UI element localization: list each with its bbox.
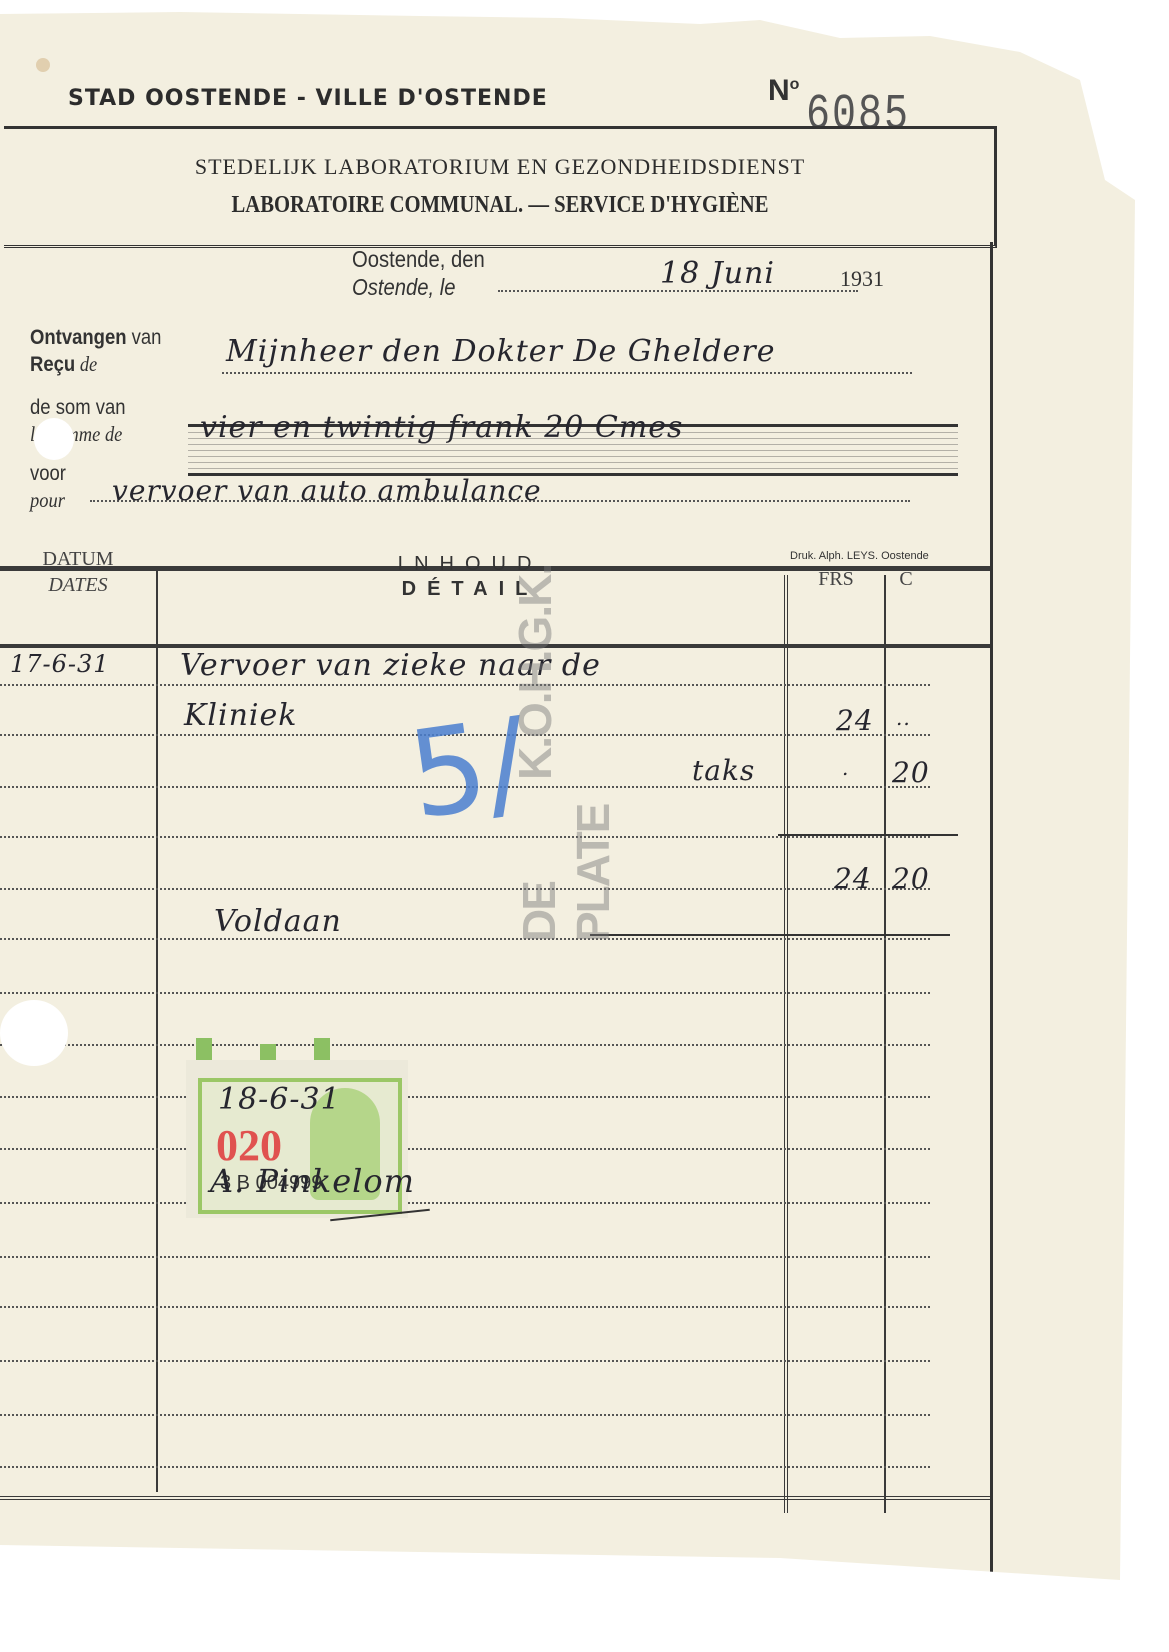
row-line bbox=[0, 1148, 930, 1150]
watermark-de-plate: DE PLATE bbox=[512, 830, 620, 942]
date-year: 1931 bbox=[840, 266, 884, 292]
paper-stain bbox=[36, 58, 50, 72]
row-line bbox=[0, 938, 930, 940]
row-2-detail: Kliniek bbox=[184, 698, 297, 733]
printer-imprint: Druk. Alph. LEYS. Oostende bbox=[790, 550, 929, 562]
column-header-detail-nl: INHOUD bbox=[160, 553, 780, 576]
received-from-value: Mijnheer den Dokter De Gheldere bbox=[226, 334, 775, 369]
received-dotted-line bbox=[222, 372, 912, 374]
date-label-fr: Ostende, le bbox=[352, 274, 456, 301]
received-label-fr: Reçu de bbox=[30, 352, 97, 377]
punch-hole-top bbox=[34, 418, 74, 460]
punch-hole-bottom bbox=[0, 1000, 68, 1066]
row-2-francs: 24 bbox=[836, 704, 874, 737]
stamp-tab bbox=[260, 1044, 276, 1060]
row-1-date: 17-6-31 bbox=[10, 650, 110, 678]
row-line bbox=[0, 1044, 930, 1046]
purpose-value: vervoer van auto ambulance bbox=[112, 474, 542, 507]
row-3-francs: . bbox=[842, 756, 849, 780]
date-day-month: 18 Juni bbox=[660, 256, 775, 291]
department-name-nl: STEDELIJK LABORATORIUM EN GEZONDHEIDSDIE… bbox=[0, 154, 1000, 180]
row-line bbox=[0, 888, 930, 890]
sum-value: vier en twintig frank 20 Cmes bbox=[200, 410, 683, 445]
row-line bbox=[0, 1414, 930, 1416]
column-header-francs: FRS bbox=[788, 568, 884, 591]
purpose-label-fr: pour bbox=[30, 488, 65, 513]
receipt-paper: STAD OOSTENDE - VILLE D'OSTENDE No 6085 … bbox=[0, 0, 1169, 1652]
signature: A. Pinkelom bbox=[210, 1162, 415, 1200]
total-cents: 20 bbox=[892, 862, 930, 895]
row-2-cents: .. bbox=[896, 706, 911, 730]
row-line bbox=[0, 1466, 930, 1468]
column-header-detail-fr: DÉTAIL bbox=[160, 578, 780, 601]
total-rule bbox=[590, 934, 950, 936]
column-header-cents: C bbox=[886, 568, 926, 591]
date-column-divider bbox=[156, 570, 158, 1492]
row-line bbox=[0, 1096, 930, 1098]
stamp-cancel-date: 18-6-31 bbox=[218, 1082, 341, 1117]
watermark-kohgk: K.O.H.G.K. bbox=[508, 676, 562, 780]
column-header-date-fr: DATES bbox=[0, 574, 156, 597]
department-name-fr: LABORATOIRE COMMUNAL. — SERVICE D'HYGIÈN… bbox=[70, 192, 930, 219]
purpose-label-nl: voor bbox=[30, 462, 66, 486]
row-line bbox=[0, 684, 930, 686]
department-box bbox=[4, 126, 997, 248]
table-bottom-rule bbox=[0, 1496, 990, 1500]
city-title: STAD OOSTENDE - VILLE D'OSTENDE bbox=[68, 86, 548, 111]
paid-note: Voldaan bbox=[214, 904, 342, 939]
received-label-nl: Ontvangen van bbox=[30, 326, 161, 350]
row-line bbox=[0, 1256, 930, 1258]
row-3-detail: taks bbox=[692, 754, 755, 787]
total-francs: 24 bbox=[834, 862, 872, 895]
date-label-nl: Oostende, den bbox=[352, 246, 485, 273]
row-line bbox=[0, 992, 930, 994]
row-line bbox=[0, 1306, 930, 1308]
subtotal-rule bbox=[778, 834, 958, 836]
row-3-cents: 20 bbox=[892, 756, 930, 789]
number-label: No bbox=[768, 74, 799, 108]
stamp-tab bbox=[196, 1038, 212, 1060]
sum-label-nl: de som van bbox=[30, 396, 126, 420]
column-header-date-nl: DATUM bbox=[0, 548, 156, 571]
row-line bbox=[0, 1360, 930, 1362]
stamp-tab bbox=[314, 1038, 330, 1060]
row-line bbox=[0, 1202, 930, 1204]
